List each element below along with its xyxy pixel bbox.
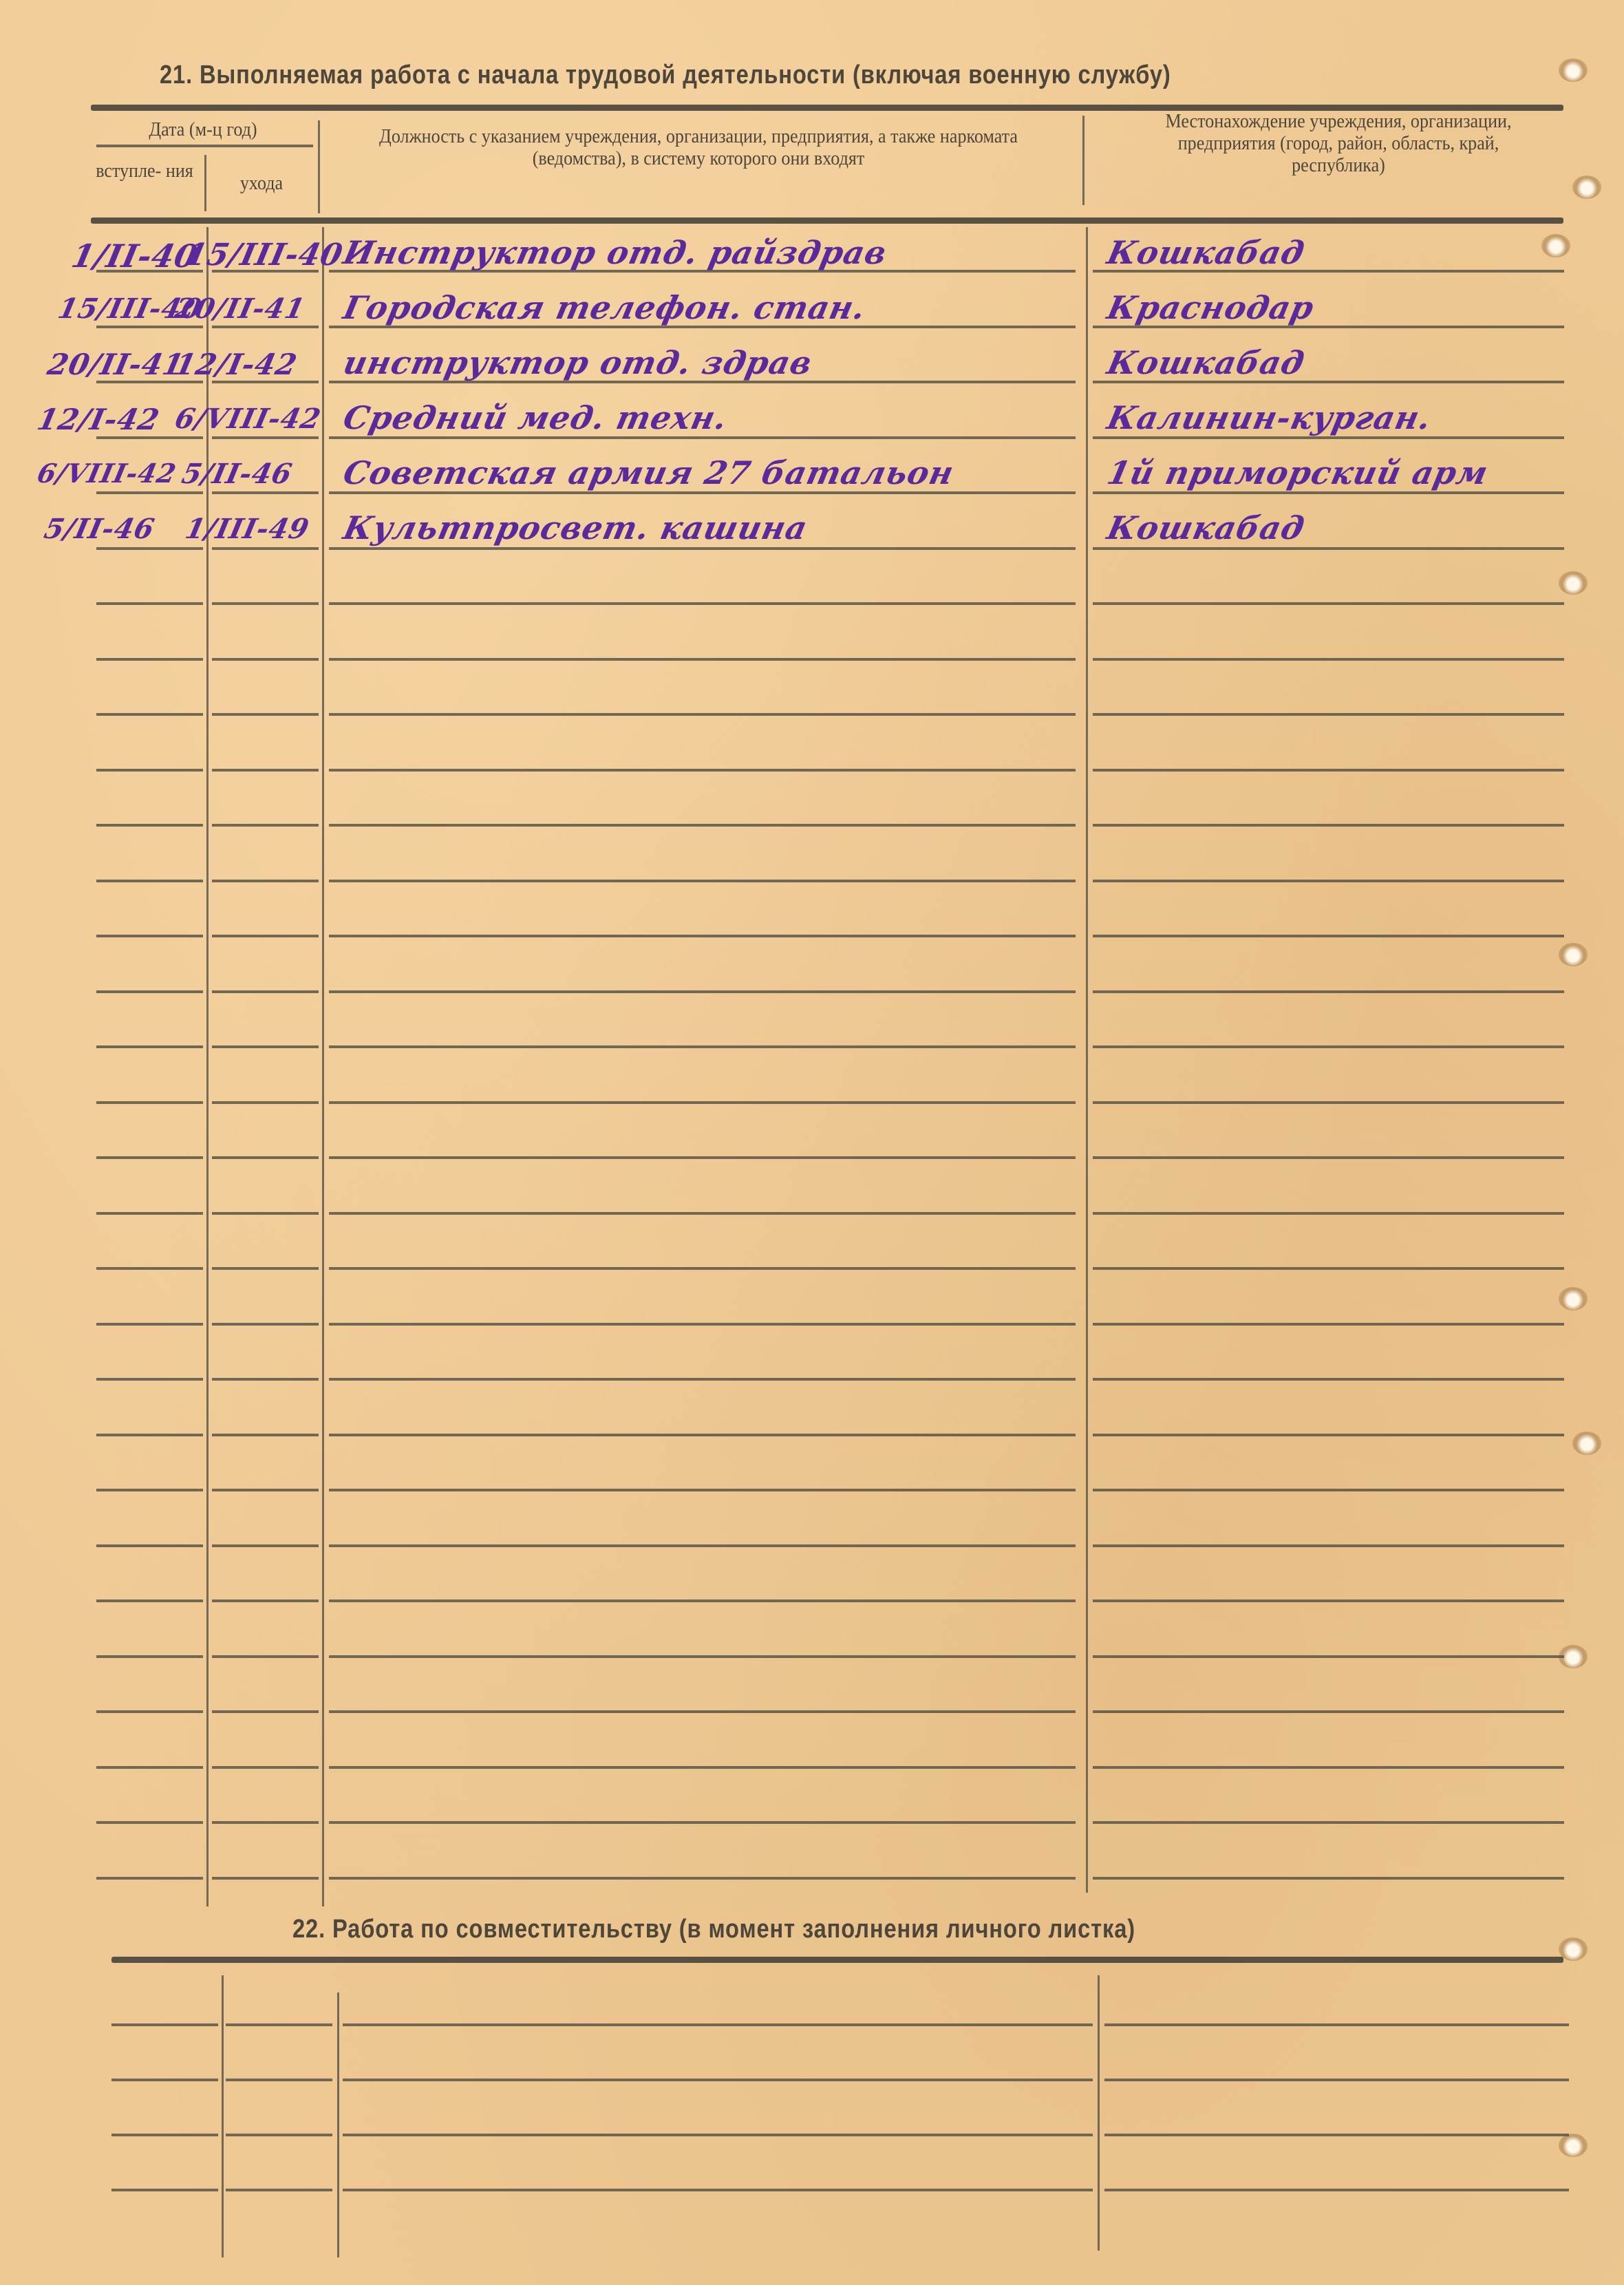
row-rule <box>111 2079 218 2081</box>
row-rule <box>212 824 319 827</box>
row-rule <box>96 1821 203 1824</box>
row-rule <box>96 990 203 993</box>
row-rule <box>96 1267 203 1270</box>
cell-end[interactable]: 1/III-49 <box>182 513 312 545</box>
row-rule <box>329 1655 1076 1658</box>
cell-end[interactable]: 6/VIII-42 <box>172 403 324 435</box>
row-rule <box>1093 1655 1564 1658</box>
row-rule <box>96 1489 203 1491</box>
column-divider <box>337 1992 339 2257</box>
binder-hole <box>1572 1432 1601 1455</box>
row-rule <box>1104 2134 1569 2136</box>
row-rule <box>212 1378 319 1381</box>
row-rule <box>1093 436 1564 439</box>
row-rule <box>212 1544 319 1547</box>
row-rule <box>329 1821 1076 1824</box>
row-rule <box>212 1323 319 1326</box>
column-divider <box>222 1975 224 2257</box>
row-rule <box>329 1267 1076 1270</box>
row-rule <box>96 1434 203 1436</box>
row-rule <box>212 1766 319 1769</box>
column-divider <box>322 227 324 1906</box>
header-end: ухода <box>212 172 311 194</box>
cell-position[interactable]: Средний мед. техн. <box>340 399 731 436</box>
row-rule <box>329 1156 1076 1159</box>
row-rule <box>96 1101 203 1104</box>
row-rule <box>1093 1489 1564 1491</box>
row-rule <box>1093 547 1564 550</box>
row-rule <box>1093 1212 1564 1215</box>
row-rule <box>96 935 203 937</box>
row-rule <box>329 1378 1076 1381</box>
section-22-rule <box>111 1957 1563 1963</box>
header-divider <box>204 155 206 211</box>
row-rule <box>343 2023 1093 2026</box>
cell-position[interactable]: Советская армия 27 батальон <box>340 454 957 491</box>
row-rule <box>212 436 319 439</box>
row-rule <box>1093 1101 1564 1104</box>
row-rule <box>212 1710 319 1713</box>
row-rule <box>96 326 203 328</box>
binder-hole <box>1572 176 1601 199</box>
row-rule <box>1093 1710 1564 1713</box>
row-rule <box>1104 2079 1569 2081</box>
header-date-rule <box>96 145 313 147</box>
cell-location[interactable]: Кошкабад <box>1104 509 1308 546</box>
cell-position[interactable]: инструктор отд. здрав <box>340 344 815 381</box>
row-rule <box>96 1156 203 1159</box>
row-rule <box>329 491 1076 494</box>
header-position: Должность с указанием учреждения, органи… <box>367 125 1030 169</box>
row-rule <box>1093 1544 1564 1547</box>
section-22-title: 22. Работа по совместительству (в момент… <box>292 1915 1135 1944</box>
row-rule <box>212 1489 319 1491</box>
row-rule <box>96 602 203 605</box>
row-rule <box>212 1101 319 1104</box>
row-rule <box>329 658 1076 661</box>
cell-location[interactable]: 1й приморский арм <box>1104 454 1491 491</box>
cell-position[interactable]: Культпросвет. кашина <box>340 509 811 546</box>
row-rule <box>212 935 319 937</box>
row-rule <box>96 547 203 550</box>
row-rule <box>96 491 203 494</box>
row-rule <box>1093 880 1564 882</box>
column-divider <box>1098 1975 1100 2251</box>
row-rule <box>226 2134 332 2136</box>
row-rule <box>1093 658 1564 661</box>
row-rule <box>329 1766 1076 1769</box>
binder-hole <box>1559 571 1588 595</box>
cell-position[interactable]: Инструктор отд. райздрав <box>340 234 890 271</box>
row-rule <box>212 713 319 716</box>
binder-hole <box>1559 2134 1588 2157</box>
row-rule <box>1104 2023 1569 2026</box>
row-rule <box>1093 1877 1564 1880</box>
header-start: вступле- ния <box>95 160 194 182</box>
cell-start[interactable]: 5/II-46 <box>41 513 158 545</box>
row-rule <box>212 769 319 772</box>
row-rule <box>343 2079 1093 2081</box>
row-rule <box>329 1489 1076 1491</box>
row-rule <box>329 990 1076 993</box>
row-rule <box>226 2023 332 2026</box>
row-rule <box>1093 1766 1564 1769</box>
row-rule <box>111 2134 218 2136</box>
cell-location[interactable]: Кошкабад <box>1104 344 1308 381</box>
row-rule <box>212 602 319 605</box>
row-rule <box>212 1877 319 1880</box>
row-rule <box>1093 491 1564 494</box>
row-rule <box>96 880 203 882</box>
row-rule <box>1093 1821 1564 1824</box>
row-rule <box>329 880 1076 882</box>
row-rule <box>212 1655 319 1658</box>
row-rule <box>329 935 1076 937</box>
row-rule <box>329 769 1076 772</box>
cell-location[interactable]: Кошкабад <box>1104 234 1308 271</box>
binder-hole <box>1541 234 1570 257</box>
row-rule <box>212 1212 319 1215</box>
row-rule <box>96 1544 203 1547</box>
row-rule <box>212 547 319 550</box>
row-rule <box>96 1212 203 1215</box>
row-rule <box>96 436 203 439</box>
row-rule <box>1093 1378 1564 1381</box>
binder-hole <box>1559 943 1588 966</box>
row-rule <box>212 491 319 494</box>
row-rule <box>329 436 1076 439</box>
row-rule <box>212 1434 319 1436</box>
row-rule <box>111 2189 218 2191</box>
row-rule <box>212 990 319 993</box>
row-rule <box>212 1267 319 1270</box>
row-rule <box>212 1599 319 1602</box>
cell-location[interactable]: Краснодар <box>1104 289 1317 326</box>
row-rule <box>111 2023 218 2026</box>
cell-start[interactable]: 12/I-42 <box>34 403 163 436</box>
row-rule <box>329 713 1076 716</box>
row-rule <box>96 1655 203 1658</box>
row-rule <box>96 769 203 772</box>
row-rule <box>226 2079 332 2081</box>
row-rule <box>329 547 1076 550</box>
column-divider <box>1086 227 1088 1893</box>
row-rule <box>329 1212 1076 1215</box>
row-rule <box>329 1323 1076 1326</box>
row-rule <box>96 1766 203 1769</box>
header-divider <box>1082 116 1085 205</box>
row-rule <box>1093 713 1564 716</box>
header-date-group: Дата (м-ц год) <box>104 118 302 140</box>
row-rule <box>96 1323 203 1326</box>
row-rule <box>96 1877 203 1880</box>
row-rule <box>1093 1045 1564 1048</box>
cell-end[interactable]: 12/I-42 <box>172 348 301 381</box>
row-rule <box>96 1378 203 1381</box>
row-rule <box>329 1434 1076 1436</box>
cell-location[interactable]: Калинин-курган. <box>1104 399 1435 436</box>
row-rule <box>96 824 203 827</box>
row-rule <box>226 2189 332 2191</box>
cell-position[interactable]: Городская телефон. стан. <box>340 289 869 326</box>
cell-start[interactable]: 20/II-41 <box>45 348 187 381</box>
cell-start[interactable]: 6/VIII-42 <box>34 458 179 489</box>
row-rule <box>329 1599 1076 1602</box>
row-rule <box>96 1045 203 1048</box>
cell-end[interactable]: 20/II-41 <box>172 293 308 325</box>
row-rule <box>96 658 203 661</box>
header-divider <box>318 120 320 213</box>
row-rule <box>329 1101 1076 1104</box>
row-rule <box>1104 2189 1569 2191</box>
row-rule <box>1093 1599 1564 1602</box>
row-rule <box>329 602 1076 605</box>
row-rule <box>329 1877 1076 1880</box>
row-rule <box>212 1045 319 1048</box>
row-rule <box>343 2134 1093 2136</box>
row-rule <box>1093 1434 1564 1436</box>
binder-hole <box>1559 1287 1588 1310</box>
row-rule <box>212 1156 319 1159</box>
row-rule <box>212 326 319 328</box>
row-rule <box>96 1599 203 1602</box>
header-bottom-rule <box>91 217 1563 224</box>
row-rule <box>96 713 203 716</box>
row-rule <box>212 880 319 882</box>
header-location: Местонахождение учреждения, организации,… <box>1162 110 1515 176</box>
row-rule <box>329 1544 1076 1547</box>
row-rule <box>212 658 319 661</box>
row-rule <box>329 824 1076 827</box>
row-rule <box>96 1710 203 1713</box>
row-rule <box>1093 824 1564 827</box>
cell-end[interactable]: 15/III-40 <box>182 237 346 273</box>
row-rule <box>1093 769 1564 772</box>
binder-hole <box>1559 59 1588 82</box>
row-rule <box>343 2189 1093 2191</box>
cell-start[interactable]: 1/II-40 <box>68 237 201 275</box>
row-rule <box>1093 935 1564 937</box>
row-rule <box>1093 990 1564 993</box>
row-rule <box>329 1045 1076 1048</box>
cell-end[interactable]: 5/II-46 <box>179 458 295 490</box>
row-rule <box>212 1821 319 1824</box>
section-21-title: 21. Выполняемая работа с начала трудовой… <box>160 61 1171 90</box>
row-rule <box>1093 1323 1564 1326</box>
row-rule <box>329 1710 1076 1713</box>
row-rule <box>1093 602 1564 605</box>
row-rule <box>1093 1267 1564 1270</box>
row-rule <box>1093 1156 1564 1159</box>
